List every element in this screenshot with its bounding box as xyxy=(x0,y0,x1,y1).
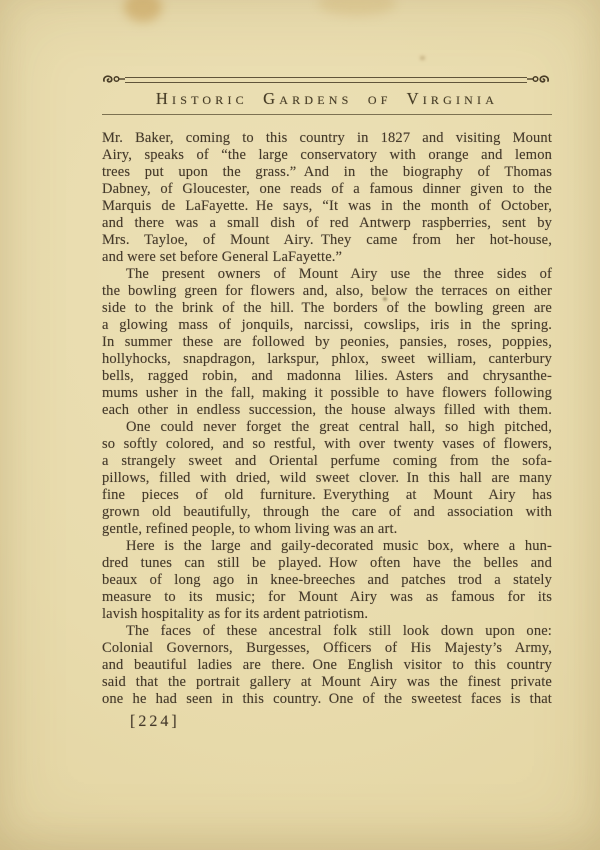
text-line: trees put upon the grass.” And in the bi… xyxy=(102,164,552,181)
book-page: Historic Gardens of Virginia Mr. Baker, … xyxy=(0,0,600,850)
text-line: side to the brink of the hill. The borde… xyxy=(102,300,552,317)
text-line: In summer these are followed by peonies,… xyxy=(102,334,552,351)
text-line: Airy, speaks of “the large conservatory … xyxy=(102,147,552,164)
text-line: hollyhocks, snapdragon, larkspur, phlox,… xyxy=(102,351,552,368)
double-rule-line xyxy=(125,77,527,83)
page-number: [224] xyxy=(130,713,180,731)
text-line: a strangely sweet and Oriental perfume c… xyxy=(102,453,552,470)
text-line: and there was a small dish of red Antwer… xyxy=(102,215,552,232)
text-line: fine pieces of old furniture. Everything… xyxy=(102,487,552,504)
text-line: mums usher in the fall, making it possib… xyxy=(102,385,552,402)
text-line: the bowling green for flowers and, also,… xyxy=(102,283,552,300)
decorative-rule xyxy=(103,74,549,85)
text-line: grown old beautifully, through the care … xyxy=(102,504,552,521)
text-line: measure to its music; for Mount Airy was… xyxy=(102,589,552,606)
page-body: Mr. Baker, coming to this country in 182… xyxy=(102,130,552,708)
scroll-ornament-icon xyxy=(103,74,125,85)
text-line: so softly colored, and so restful, with … xyxy=(102,436,552,453)
text-line: The faces of these ancestral folk still … xyxy=(102,623,552,640)
text-line: dred tunes can still be played. How ofte… xyxy=(102,555,552,572)
text-line: a glowing mass of jonquils, narcissi, co… xyxy=(102,317,552,334)
page-title: Historic Gardens of Virginia xyxy=(102,89,552,109)
paper-stain xyxy=(124,0,162,22)
text-line: Marquis de LaFayette. He says, “It was i… xyxy=(102,198,552,215)
text-line: Mrs. Tayloe, of Mount Airy. They came fr… xyxy=(102,232,552,249)
scroll-ornament-icon xyxy=(527,74,549,85)
text-line: each other in endless succession, the ho… xyxy=(102,402,552,419)
text-line: and were set before General LaFayette.” xyxy=(102,249,552,266)
text-line: bells, ragged robin, and madonna lilies.… xyxy=(102,368,552,385)
text-line: pillows, filled with dried, wild sweet c… xyxy=(102,470,552,487)
header-rule xyxy=(102,114,552,115)
text-line: and beautiful ladies are there. One Engl… xyxy=(102,657,552,674)
text-line: one he had seen in this country. One of … xyxy=(102,691,552,708)
text-line: lavish hospitality as for its ardent pat… xyxy=(102,606,552,623)
text-line: Mr. Baker, coming to this country in 182… xyxy=(102,130,552,147)
paper-speck xyxy=(420,56,425,60)
text-line: gentle, refined people, to whom living w… xyxy=(102,521,552,538)
text-line: Here is the large and gaily-decorated mu… xyxy=(102,538,552,555)
text-line: beaux of long ago in knee-breeches and p… xyxy=(102,572,552,589)
text-line: The present owners of Mount Airy use the… xyxy=(102,266,552,283)
text-line: One could never forget the great central… xyxy=(102,419,552,436)
text-line: said that the portrait gallery at Mount … xyxy=(102,674,552,691)
text-line: Dabney, of Gloucester, one reads of a fa… xyxy=(102,181,552,198)
paper-stain xyxy=(318,0,396,16)
text-line: Colonial Governors, Burgesses, Officers … xyxy=(102,640,552,657)
